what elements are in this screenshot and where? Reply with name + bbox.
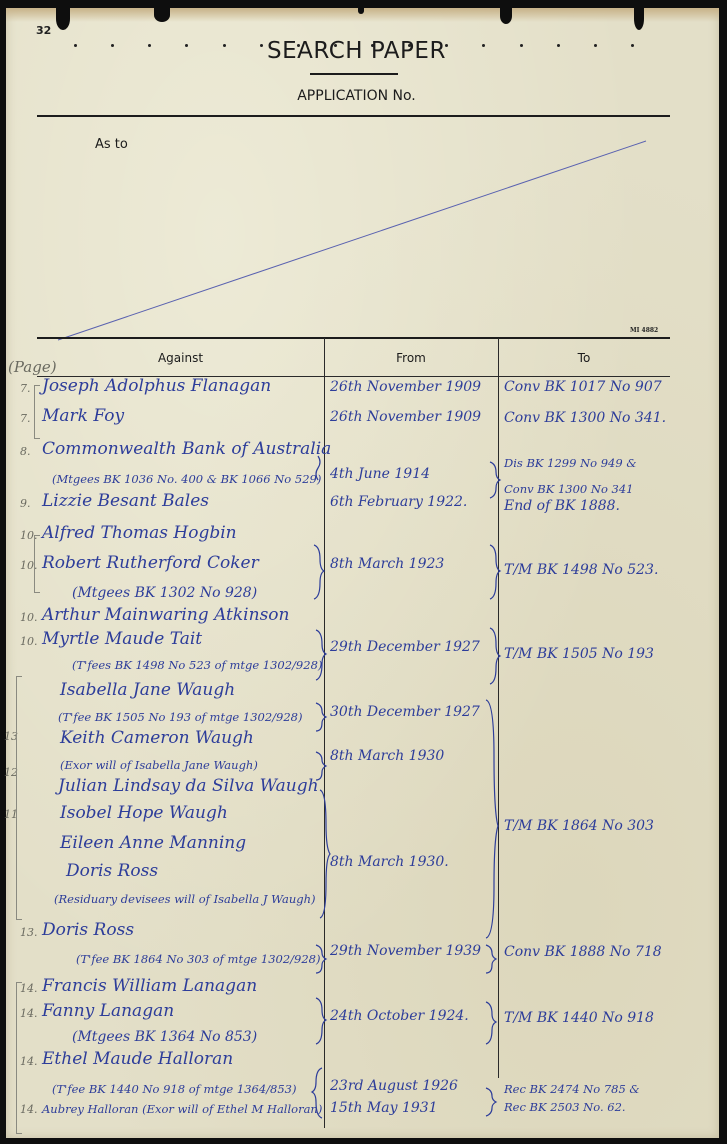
ink-braces (0, 0, 727, 1144)
